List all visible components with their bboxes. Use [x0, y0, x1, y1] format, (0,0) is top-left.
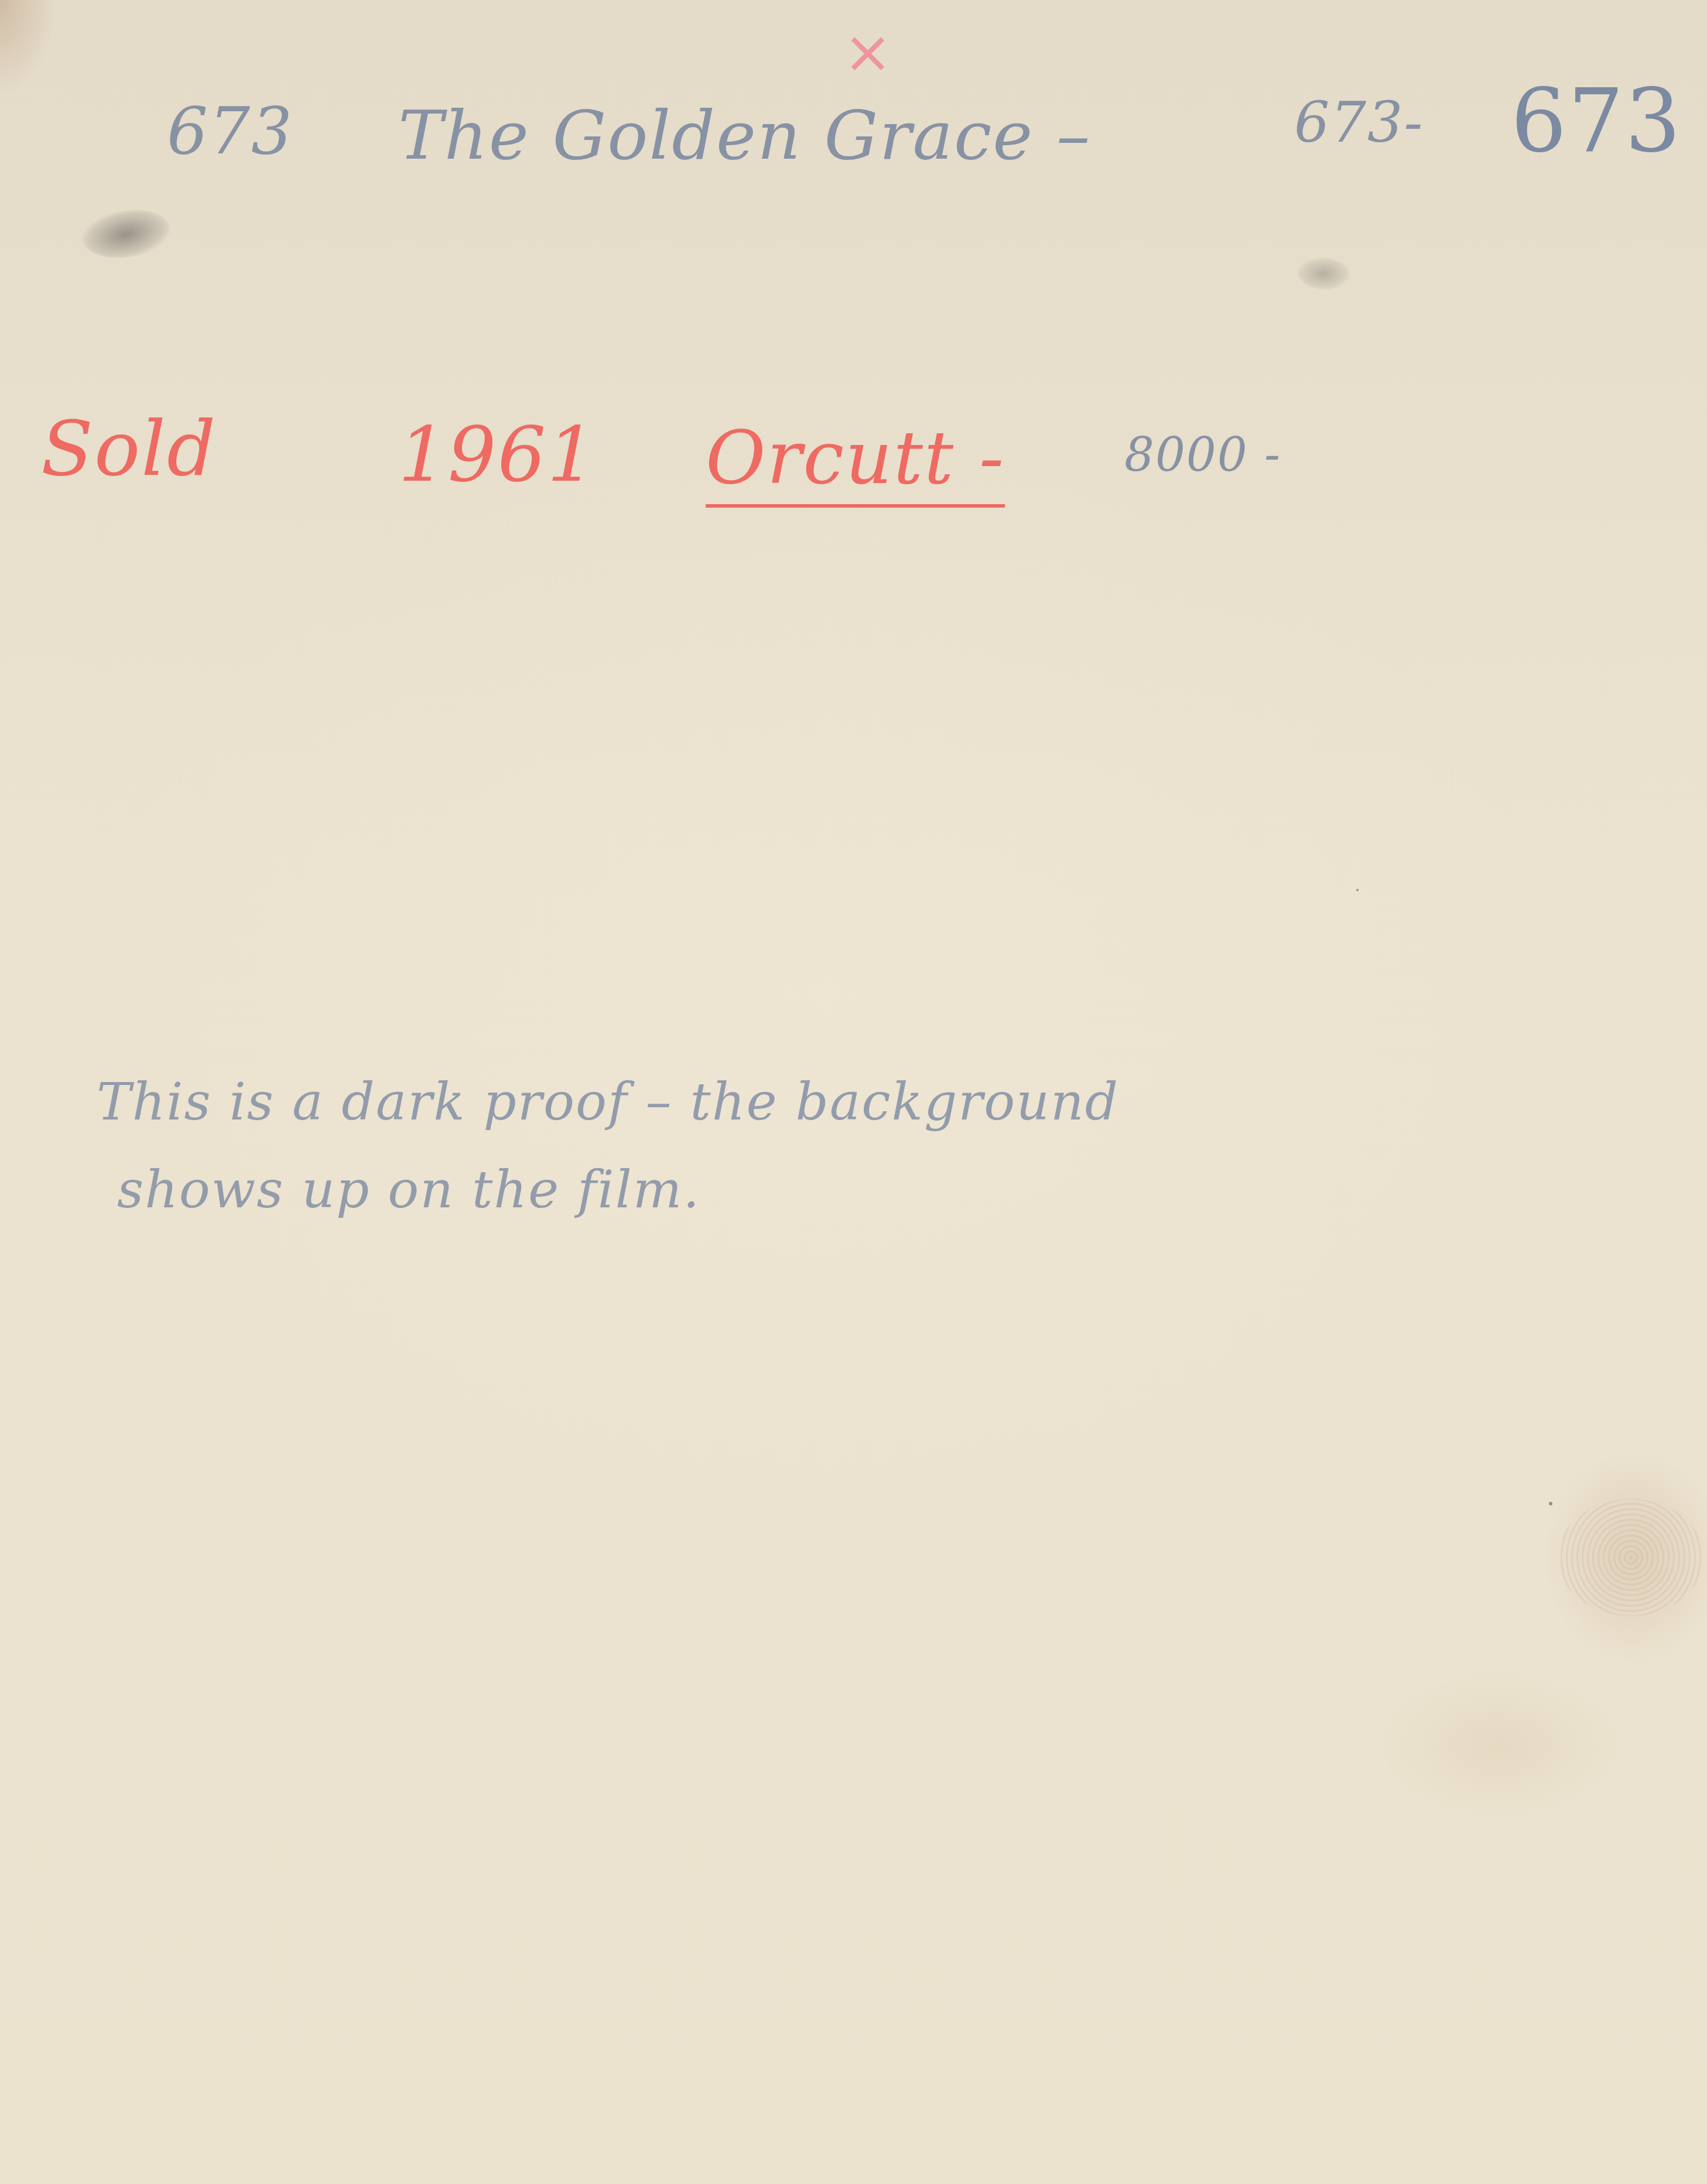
smudge-mark	[1297, 258, 1350, 290]
ink-speck	[1356, 889, 1359, 891]
note-line-1: This is a dark proof – the background	[97, 1072, 1119, 1132]
red-x-mark: ×	[843, 18, 894, 86]
catalog-number-large: 673	[1511, 70, 1682, 172]
catalog-number-small: 673-	[1294, 91, 1424, 155]
ink-speck	[1549, 1502, 1552, 1505]
note-line-2: shows up on the film.	[117, 1159, 700, 1220]
buyer-name: Orcutt -	[706, 416, 1005, 501]
sold-year: 1961	[398, 410, 597, 499]
sale-price: 8000 -	[1124, 427, 1281, 482]
smudge-mark	[78, 202, 173, 266]
catalog-number-left: 673	[167, 94, 293, 169]
note-card-page: × 673 The Golden Grace – 673- 673 Sold 1…	[0, 0, 1707, 2184]
sold-label: Sold	[41, 404, 217, 493]
artwork-title: The Golden Grace –	[398, 97, 1091, 175]
fingerprint-stain	[1558, 1499, 1704, 1616]
